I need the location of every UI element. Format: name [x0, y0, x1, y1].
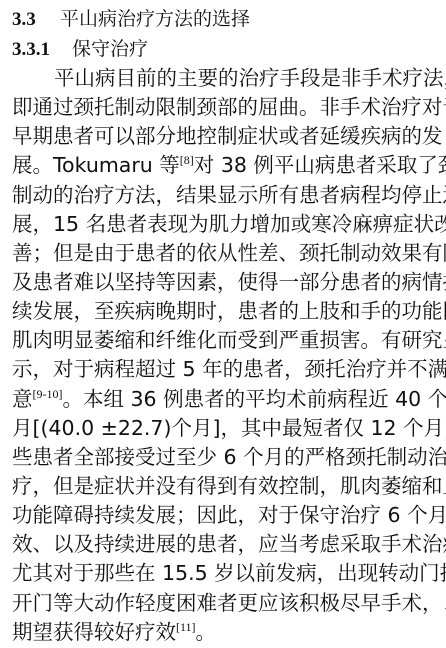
text-line: 月[(40.0 ±22.7)个月]，其中最短者仅 12 个月，这	[12, 414, 434, 443]
section-title: 平山病治疗方法的选择	[60, 8, 250, 30]
citation-11: [11]	[176, 620, 196, 634]
text-line: 续发展，至疾病晚期时，患者的上肢和手的功能因为	[12, 297, 434, 326]
section-number: 3.3	[12, 5, 60, 35]
text-line: 疗，但是症状并没有得到有效控制，肌肉萎缩和上肢	[12, 472, 434, 501]
text-line: 些患者全部接受过至少 6 个月的严格颈托制动治	[12, 443, 434, 472]
text-line: 早期患者可以部分地控制症状或者延缓疾病的发	[12, 122, 434, 151]
text-span: 。	[196, 620, 217, 644]
citation-9-10: [9-10]	[33, 387, 63, 401]
text-line: 即通过颈托制动限制颈部的屈曲。非手术治疗对于	[12, 93, 434, 122]
subsection-heading: 3.3.1保守治疗	[12, 34, 434, 64]
text-line: 意[9-10]。本组 36 例患者的平均术前病程近 40 个	[12, 385, 434, 414]
document-page: 3.3平山病治疗方法的选择 3.3.1保守治疗 平山病目前的主要的治疗手段是非手…	[12, 4, 434, 647]
subsection-number: 3.3.1	[12, 35, 72, 65]
section-heading: 3.3平山病治疗方法的选择	[12, 4, 434, 34]
text-line: 开门等大动作轻度困难者更应该积极尽早手术，以	[12, 589, 434, 618]
text-line: 展，15 名患者表现为肌力增加或寒冷麻痹症状改	[12, 210, 434, 239]
paragraph-conservative-treatment: 平山病目前的主要的治疗手段是非手术疗法， 即通过颈托制动限制颈部的屈曲。非手术治…	[12, 64, 434, 647]
text-line: 效、以及持续进展的患者，应当考虑采取手术治疗，	[12, 530, 434, 559]
subsection-title: 保守治疗	[72, 38, 148, 60]
citation-8: [8]	[180, 153, 194, 167]
text-line: 善；但是由于患者的依从性差、颈托制动效果有限以	[12, 239, 434, 268]
text-line: 期望获得较好疗效[11]。	[12, 618, 434, 647]
text-line: 肌肉明显萎缩和纤维化而受到严重损害。有研究显	[12, 326, 434, 355]
text-line: 及患者难以坚持等因素，使得一部分患者的病情持	[12, 268, 434, 297]
text-line: 尤其对于那些在 15.5 岁以前发病，出现转动门把手	[12, 559, 434, 588]
text-span: 对 38 例平山病患者采取了颈托	[194, 153, 446, 177]
text-span: 期望获得较好疗效	[12, 620, 176, 644]
text-line: 平山病目前的主要的治疗手段是非手术疗法，	[12, 64, 434, 93]
text-span: 展。Tokumaru 等	[12, 153, 180, 177]
text-span: 意	[12, 387, 33, 411]
text-line: 展。Tokumaru 等[8]对 38 例平山病患者采取了颈托	[12, 151, 434, 180]
text-line: 功能障碍持续发展；因此，对于保守治疗 6 个月无	[12, 501, 434, 530]
text-line: 制动的治疗方法，结果显示所有患者病程均停止进	[12, 181, 434, 210]
text-span: 。本组 36 例患者的平均术前病程近 40 个	[63, 387, 446, 411]
text-line: 示，对于病程超过 5 年的患者，颈托治疗并不满	[12, 355, 434, 384]
